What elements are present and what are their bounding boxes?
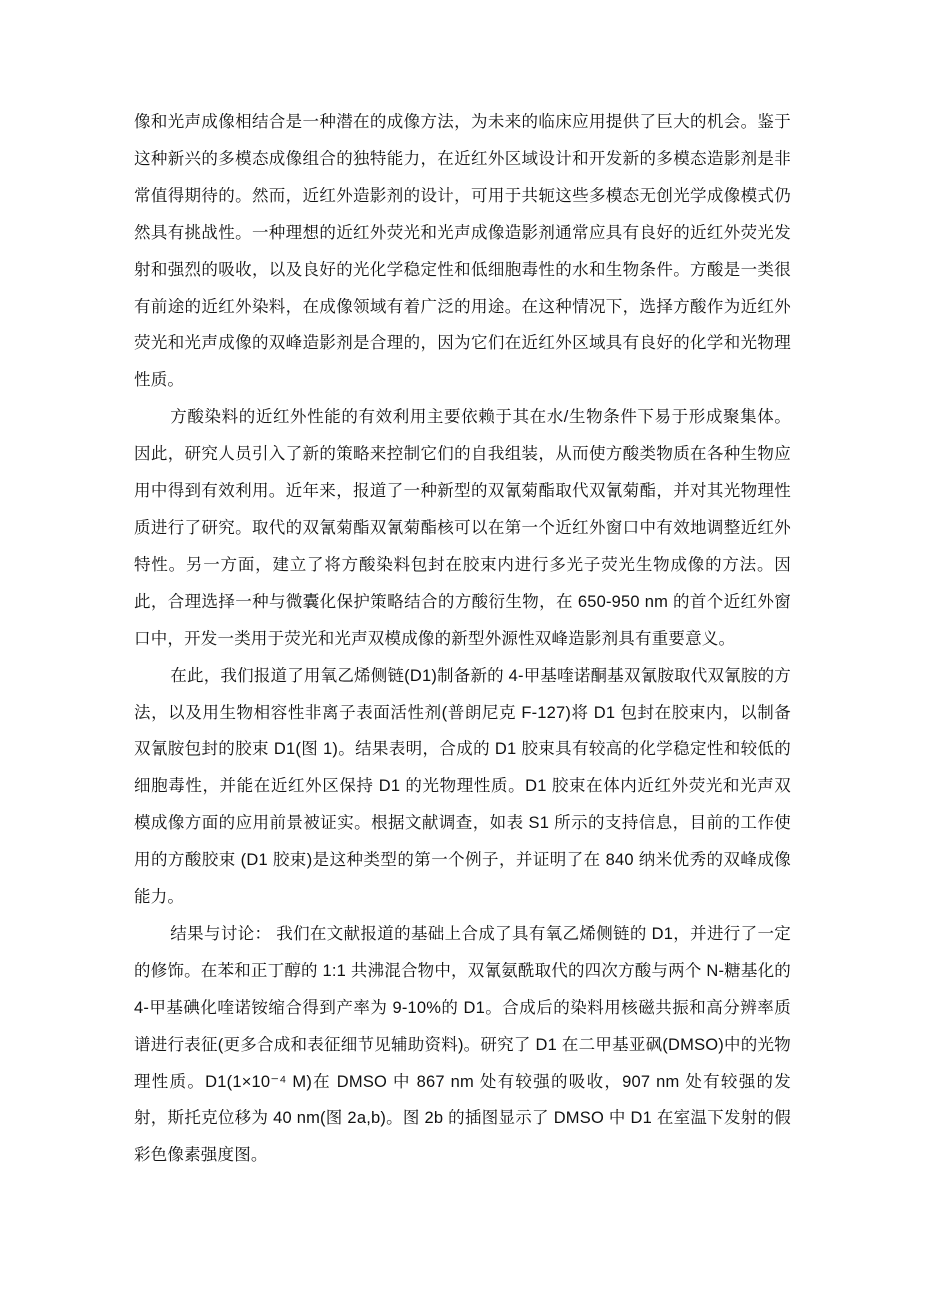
document-page: 像和光声成像相结合是一种潜在的成像方法，为未来的临床应用提供了巨大的机会。鉴于这… bbox=[0, 0, 926, 1309]
manuscript-text-block: 像和光声成像相结合是一种潜在的成像方法，为未来的临床应用提供了巨大的机会。鉴于这… bbox=[134, 104, 791, 1174]
paragraph-d1-micelle-report: 在此，我们报道了用氧乙烯侧链(D1)制备新的 4-甲基喹诺酮基双氰胺取代双氰胺的… bbox=[134, 658, 791, 916]
paragraph-results-discussion: 结果与讨论： 我们在文献报道的基础上合成了具有氧乙烯侧链的 D1，并进行了一定的… bbox=[134, 916, 791, 1174]
paragraph-continuation: 像和光声成像相结合是一种潜在的成像方法，为未来的临床应用提供了巨大的机会。鉴于这… bbox=[134, 104, 791, 399]
paragraph-aggregation-strategies: 方酸染料的近红外性能的有效利用主要依赖于其在水/生物条件下易于形成聚集体。因此，… bbox=[134, 399, 791, 657]
